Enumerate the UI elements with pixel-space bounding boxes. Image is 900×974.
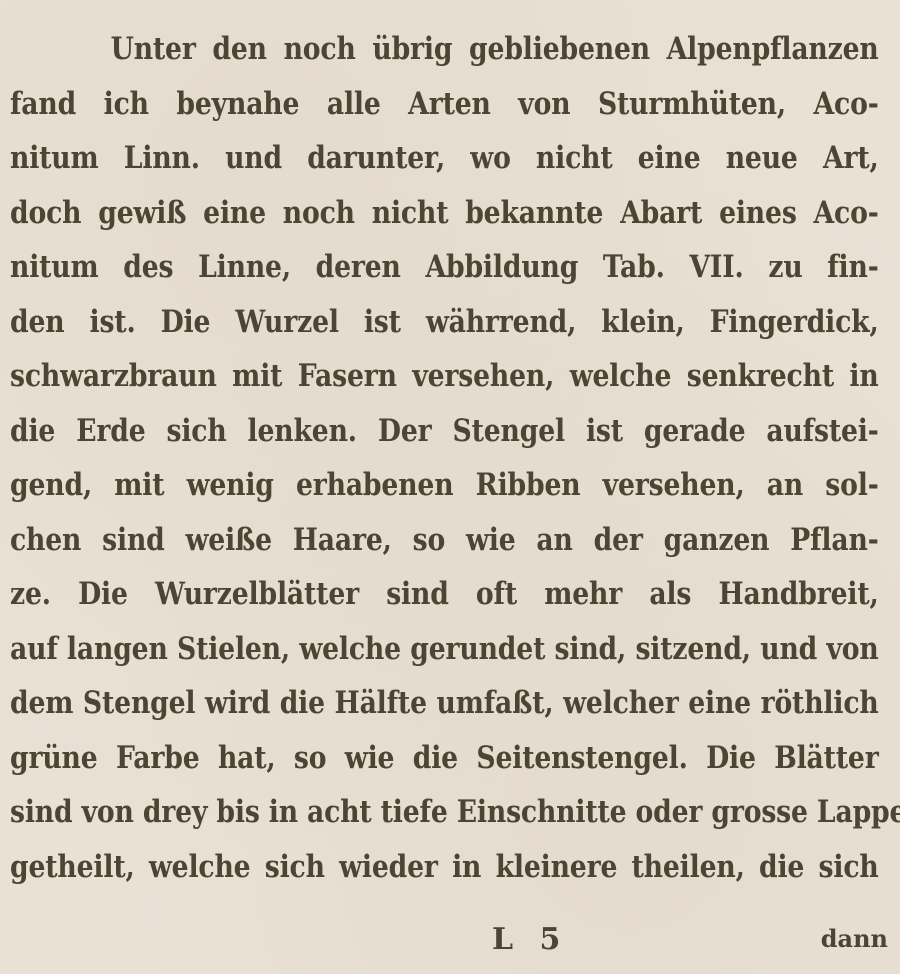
text-line: dem Stengel wird die Hälfte umfaßt, welc… (10, 676, 879, 731)
text-line: nitum des Linne, deren Abbildung Tab. VI… (10, 240, 879, 295)
text-line: den ist. Die Wurzel ist währrend, klein,… (10, 295, 879, 350)
text-line: grüne Farbe hat, so wie die Seitenstenge… (10, 731, 879, 786)
text-line: chen sind weiße Haare, so wie an der gan… (10, 513, 879, 568)
text-line: die Erde sich lenken. Der Stengel ist ge… (10, 404, 879, 459)
body-text: Unter den noch übrig gebliebenen Alpenpf… (10, 22, 880, 894)
catchword: dann (821, 924, 888, 953)
text-line: sind von drey bis in acht tiefe Einschni… (10, 785, 879, 840)
text-line: doch gewiß eine noch nicht bekannte Abar… (10, 186, 879, 241)
text-line: nitum Linn. und darunter, wo nicht eine … (10, 131, 879, 186)
signature-mark: L 5 (492, 922, 568, 957)
text-line: getheilt, welche sich wieder in kleinere… (10, 840, 879, 895)
text-line: ze. Die Wurzelblätter sind oft mehr als … (10, 567, 879, 622)
text-line: fand ich beynahe alle Arten von Sturmhüt… (10, 77, 879, 132)
text-line: Unter den noch übrig gebliebenen Alpenpf… (10, 22, 879, 77)
page-footer: L 5 dann (0, 918, 900, 968)
book-page: Unter den noch übrig gebliebenen Alpenpf… (0, 0, 900, 974)
text-line: auf langen Stielen, welche gerundet sind… (10, 622, 879, 677)
text-line: schwarzbraun mit Fasern versehen, welche… (10, 349, 879, 404)
text-line: gend, mit wenig erhabenen Ribben versehe… (10, 458, 879, 513)
